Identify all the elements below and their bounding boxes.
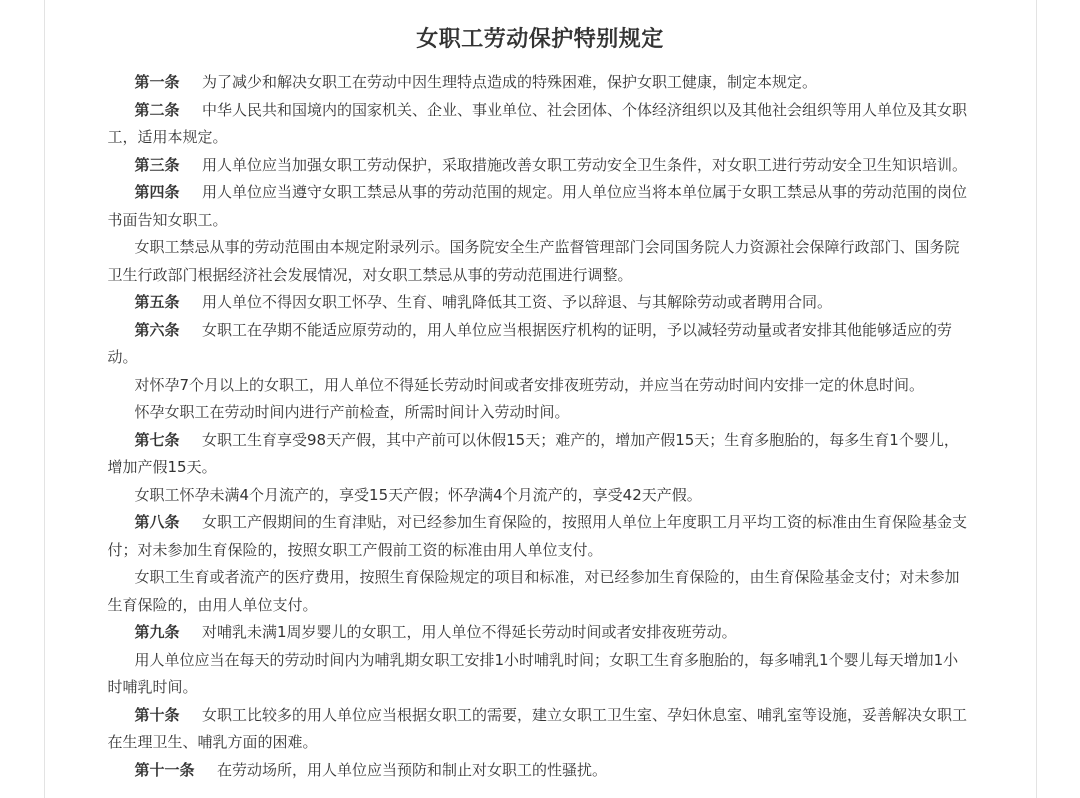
paragraph-text: 用人单位不得因女职工怀孕、生育、哺乳降低其工资、予以辞退、与其解除劳动或者聘用合… [202, 293, 832, 311]
article-number: 第十一条 [135, 761, 195, 779]
paragraph: 第四条用人单位应当遵守女职工禁忌从事的劳动范围的规定。用人单位应当将本单位属于女… [108, 179, 973, 234]
paragraph-text: 女职工产假期间的生育津贴，对已经参加生育保险的，按照用人单位上年度职工月平均工资… [108, 513, 968, 559]
paragraph-text: 女职工生育或者流产的医疗费用，按照生育保险规定的项目和标准，对已经参加生育保险的… [108, 568, 960, 614]
paragraph: 女职工怀孕未满4个月流产的，享受15天产假；怀孕满4个月流产的，享受42天产假。 [108, 482, 973, 510]
paragraph: 第七条女职工生育享受98天产假，其中产前可以休假15天；难产的，增加产假15天；… [108, 427, 973, 482]
paragraph-text: 在劳动场所，用人单位应当预防和制止对女职工的性骚扰。 [217, 761, 607, 779]
paragraph-text: 为了减少和解决女职工在劳动中因生理特点造成的特殊困难，保护女职工健康，制定本规定… [202, 73, 817, 91]
paragraph: 第六条女职工在孕期不能适应原劳动的，用人单位应当根据医疗机构的证明，予以减轻劳动… [108, 317, 973, 372]
document-page: 女职工劳动保护特别规定 第一条为了减少和解决女职工在劳动中因生理特点造成的特殊困… [44, 0, 1037, 798]
paragraph: 第二条中华人民共和国境内的国家机关、企业、事业单位、社会团体、个体经济组织以及其… [108, 97, 973, 152]
paragraph: 第一条为了减少和解决女职工在劳动中因生理特点造成的特殊困难，保护女职工健康，制定… [108, 69, 973, 97]
paragraph-text: 女职工生育享受98天产假，其中产前可以休假15天；难产的，增加产假15天；生育多… [108, 431, 959, 477]
article-number: 第五条 [135, 293, 180, 311]
paragraph: 女职工生育或者流产的医疗费用，按照生育保险规定的项目和标准，对已经参加生育保险的… [108, 564, 973, 619]
article-number: 第七条 [135, 431, 180, 449]
paragraph-text: 对怀孕7个月以上的女职工，用人单位不得延长劳动时间或者安排夜班劳动，并应当在劳动… [135, 376, 925, 394]
paragraph-text: 怀孕女职工在劳动时间内进行产前检查，所需时间计入劳动时间。 [135, 403, 570, 421]
article-number: 第六条 [135, 321, 180, 339]
paragraph: 女职工禁忌从事的劳动范围由本规定附录列示。国务院安全生产监督管理部门会同国务院人… [108, 234, 973, 289]
document-body: 第一条为了减少和解决女职工在劳动中因生理特点造成的特殊困难，保护女职工健康，制定… [108, 69, 973, 784]
paragraph-text: 女职工比较多的用人单位应当根据女职工的需要，建立女职工卫生室、孕妇休息室、哺乳室… [108, 706, 968, 752]
paragraph: 第三条用人单位应当加强女职工劳动保护，采取措施改善女职工劳动安全卫生条件，对女职… [108, 152, 973, 180]
article-number: 第一条 [135, 73, 180, 91]
paragraph: 用人单位应当在每天的劳动时间内为哺乳期女职工安排1小时哺乳时间；女职工生育多胞胎… [108, 647, 973, 702]
paragraph-text: 用人单位应当遵守女职工禁忌从事的劳动范围的规定。用人单位应当将本单位属于女职工禁… [108, 183, 968, 229]
article-number: 第八条 [135, 513, 180, 531]
paragraph: 第十条女职工比较多的用人单位应当根据女职工的需要，建立女职工卫生室、孕妇休息室、… [108, 702, 973, 757]
paragraph-text: 女职工禁忌从事的劳动范围由本规定附录列示。国务院安全生产监督管理部门会同国务院人… [108, 238, 960, 284]
paragraph: 第五条用人单位不得因女职工怀孕、生育、哺乳降低其工资、予以辞退、与其解除劳动或者… [108, 289, 973, 317]
article-number: 第十条 [135, 706, 180, 724]
paragraph-text: 女职工在孕期不能适应原劳动的，用人单位应当根据医疗机构的证明，予以减轻劳动量或者… [108, 321, 953, 367]
paragraph: 怀孕女职工在劳动时间内进行产前检查，所需时间计入劳动时间。 [108, 399, 973, 427]
article-number: 第九条 [135, 623, 180, 641]
paragraph-text: 中华人民共和国境内的国家机关、企业、事业单位、社会团体、个体经济组织以及其他社会… [108, 101, 968, 147]
paragraph-text: 对哺乳未满1周岁婴儿的女职工，用人单位不得延长劳动时间或者安排夜班劳动。 [202, 623, 737, 641]
article-number: 第四条 [135, 183, 180, 201]
document-title: 女职工劳动保护特别规定 [108, 26, 973, 53]
paragraph-text: 用人单位应当在每天的劳动时间内为哺乳期女职工安排1小时哺乳时间；女职工生育多胞胎… [108, 651, 959, 697]
article-number: 第三条 [135, 156, 180, 174]
paragraph: 第九条对哺乳未满1周岁婴儿的女职工，用人单位不得延长劳动时间或者安排夜班劳动。 [108, 619, 973, 647]
article-number: 第二条 [135, 101, 180, 119]
paragraph-text: 用人单位应当加强女职工劳动保护，采取措施改善女职工劳动安全卫生条件，对女职工进行… [202, 156, 967, 174]
paragraph: 第八条女职工产假期间的生育津贴，对已经参加生育保险的，按照用人单位上年度职工月平… [108, 509, 973, 564]
paragraph: 对怀孕7个月以上的女职工，用人单位不得延长劳动时间或者安排夜班劳动，并应当在劳动… [108, 372, 973, 400]
paragraph-text: 女职工怀孕未满4个月流产的，享受15天产假；怀孕满4个月流产的，享受42天产假。 [135, 486, 702, 504]
paragraph: 第十一条在劳动场所，用人单位应当预防和制止对女职工的性骚扰。 [108, 757, 973, 785]
